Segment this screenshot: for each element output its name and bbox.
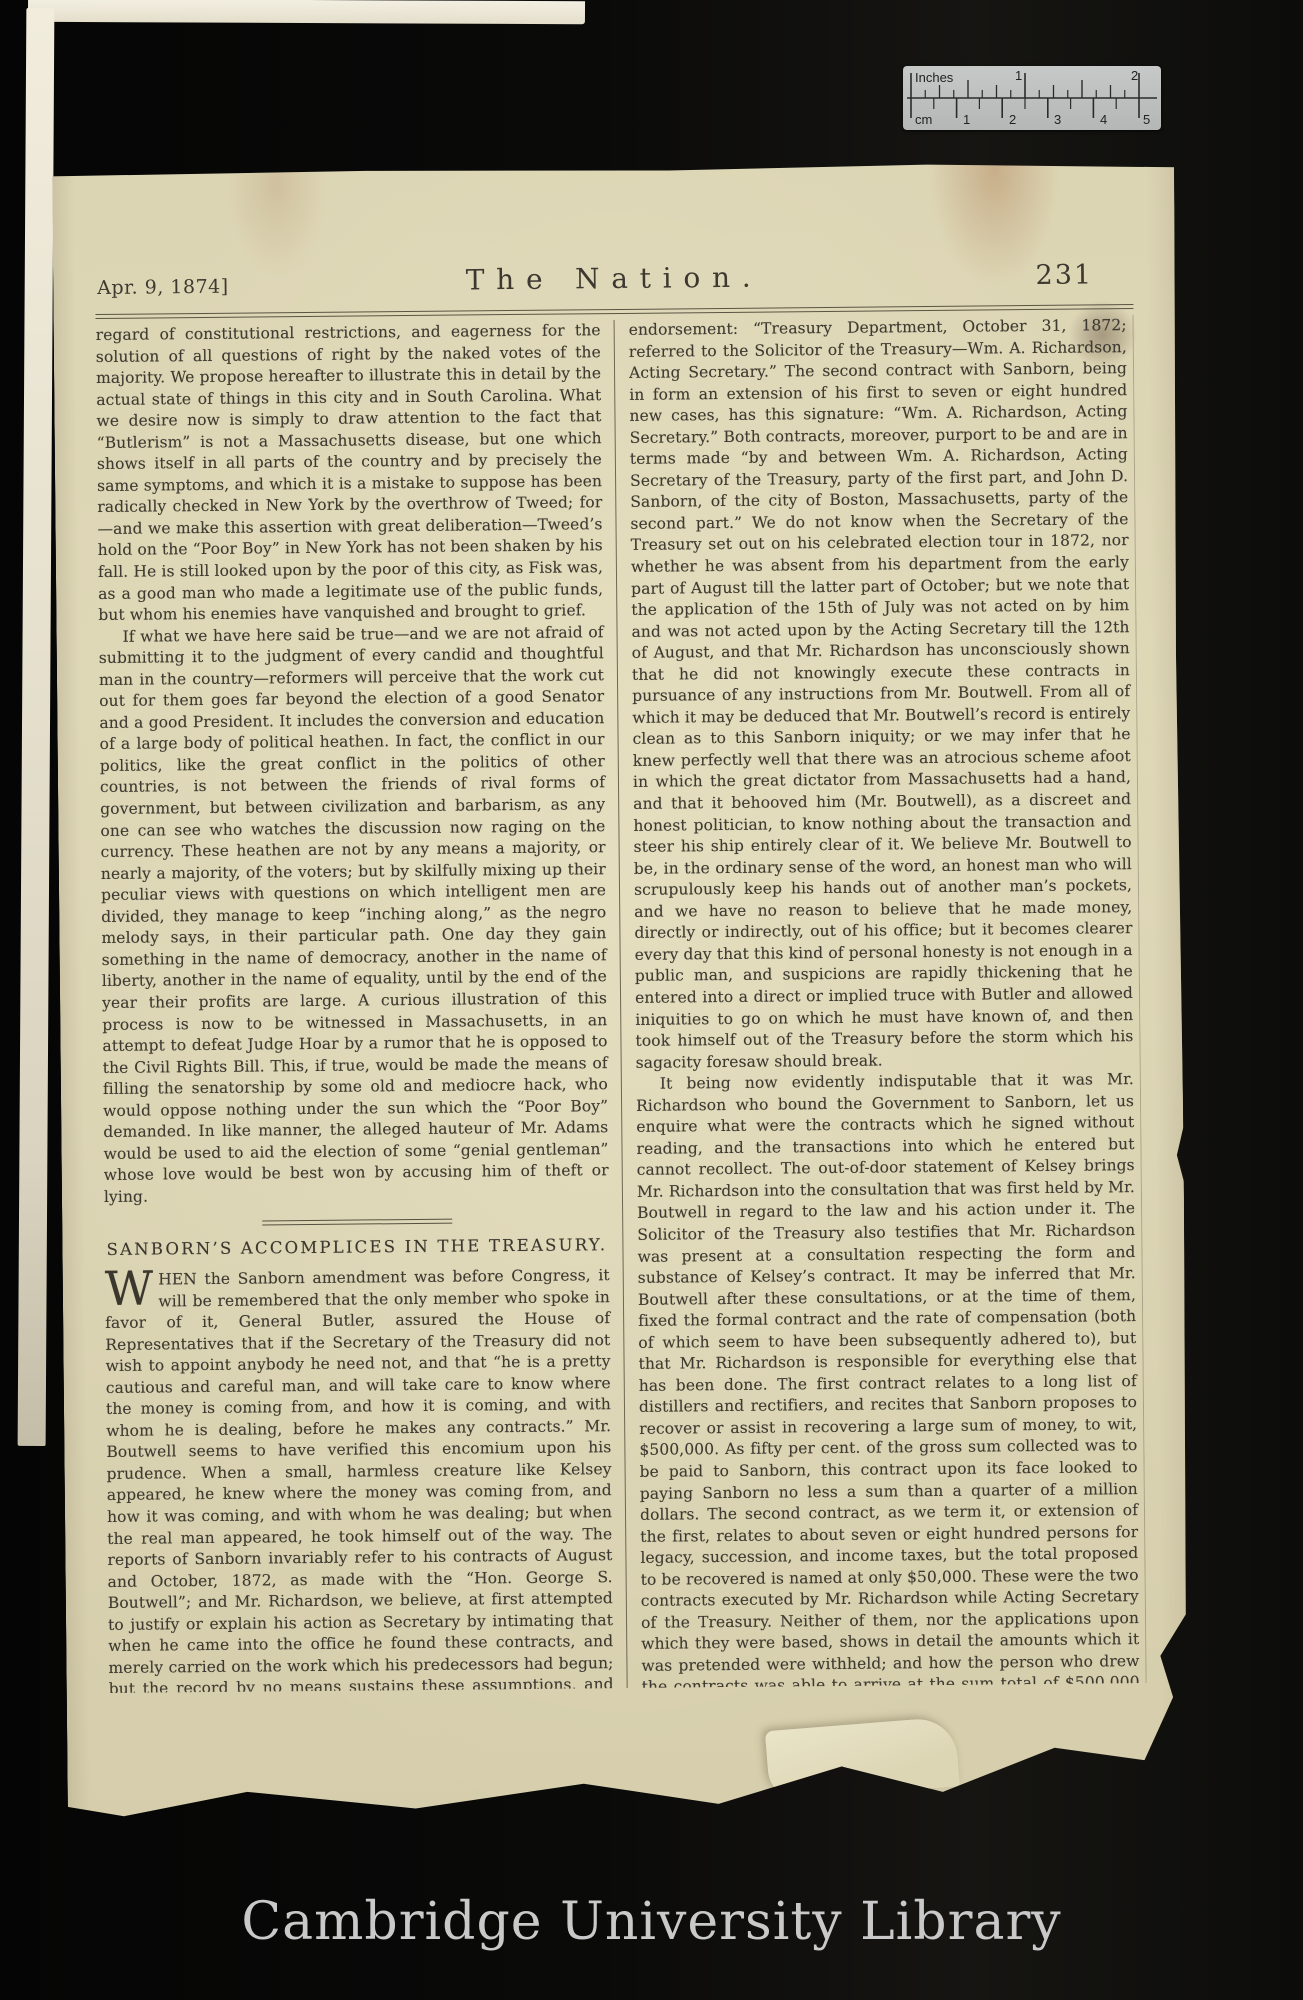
article-paragraph: endorsement: “Treasury Department, Octob…: [629, 315, 1134, 1074]
ruler-cm-mark-2: 2: [1009, 112, 1016, 127]
ruler-inch-mark-1: 1: [1015, 68, 1022, 83]
page-content-area: Apr. 9, 1874] The Nation. 231 regard of …: [52, 161, 1190, 1824]
drop-cap: W: [105, 1269, 159, 1308]
ruler-cm-mark-3: 3: [1054, 112, 1061, 127]
adjacent-page-edge-top: [28, 0, 585, 24]
text-columns: regard of constitutional restrictions, a…: [96, 315, 1147, 1693]
ruler-cm-mark-1: 1: [963, 112, 970, 127]
left-column: regard of constitutional restrictions, a…: [96, 320, 628, 1693]
ruler-cm-mark-4: 4: [1100, 112, 1107, 127]
article-heading: SANBORN’S ACCOMPLICES IN THE TREASURY.: [104, 1235, 609, 1261]
article-divider-rule: [262, 1219, 452, 1226]
right-column: endorsement: “Treasury Department, Octob…: [615, 315, 1147, 1688]
article-paragraph: WHEN the Sanborn amendment was before Co…: [105, 1265, 616, 1693]
ruler-cm-mark-5: 5: [1143, 112, 1150, 127]
article-paragraph: regard of constitutional restrictions, a…: [96, 320, 604, 626]
ruler-cm-label: cm: [915, 112, 932, 127]
page-number: 231: [1035, 259, 1093, 291]
masthead: Apr. 9, 1874] The Nation. 231: [95, 257, 1133, 309]
paragraph-text: HEN the Sanborn amendment was before Con…: [105, 1266, 616, 1693]
article-paragraph: It being now evidently indisputable that…: [636, 1069, 1142, 1693]
library-watermark: Cambridge University Library: [0, 1892, 1303, 1952]
newspaper-page-scan: Apr. 9, 1874] The Nation. 231 regard of …: [52, 161, 1190, 1824]
ruler-inches-label: Inches: [915, 70, 953, 85]
measurement-ruler: Inches 1 2 cm 1 2 3 4 5: [903, 66, 1161, 130]
adjacent-page-edge-left: [18, 8, 55, 1446]
publication-title: The Nation.: [95, 257, 1133, 300]
article-paragraph: If what we have here said be true—and we…: [98, 622, 609, 1209]
ruler-inch-mark-2: 2: [1131, 68, 1138, 83]
